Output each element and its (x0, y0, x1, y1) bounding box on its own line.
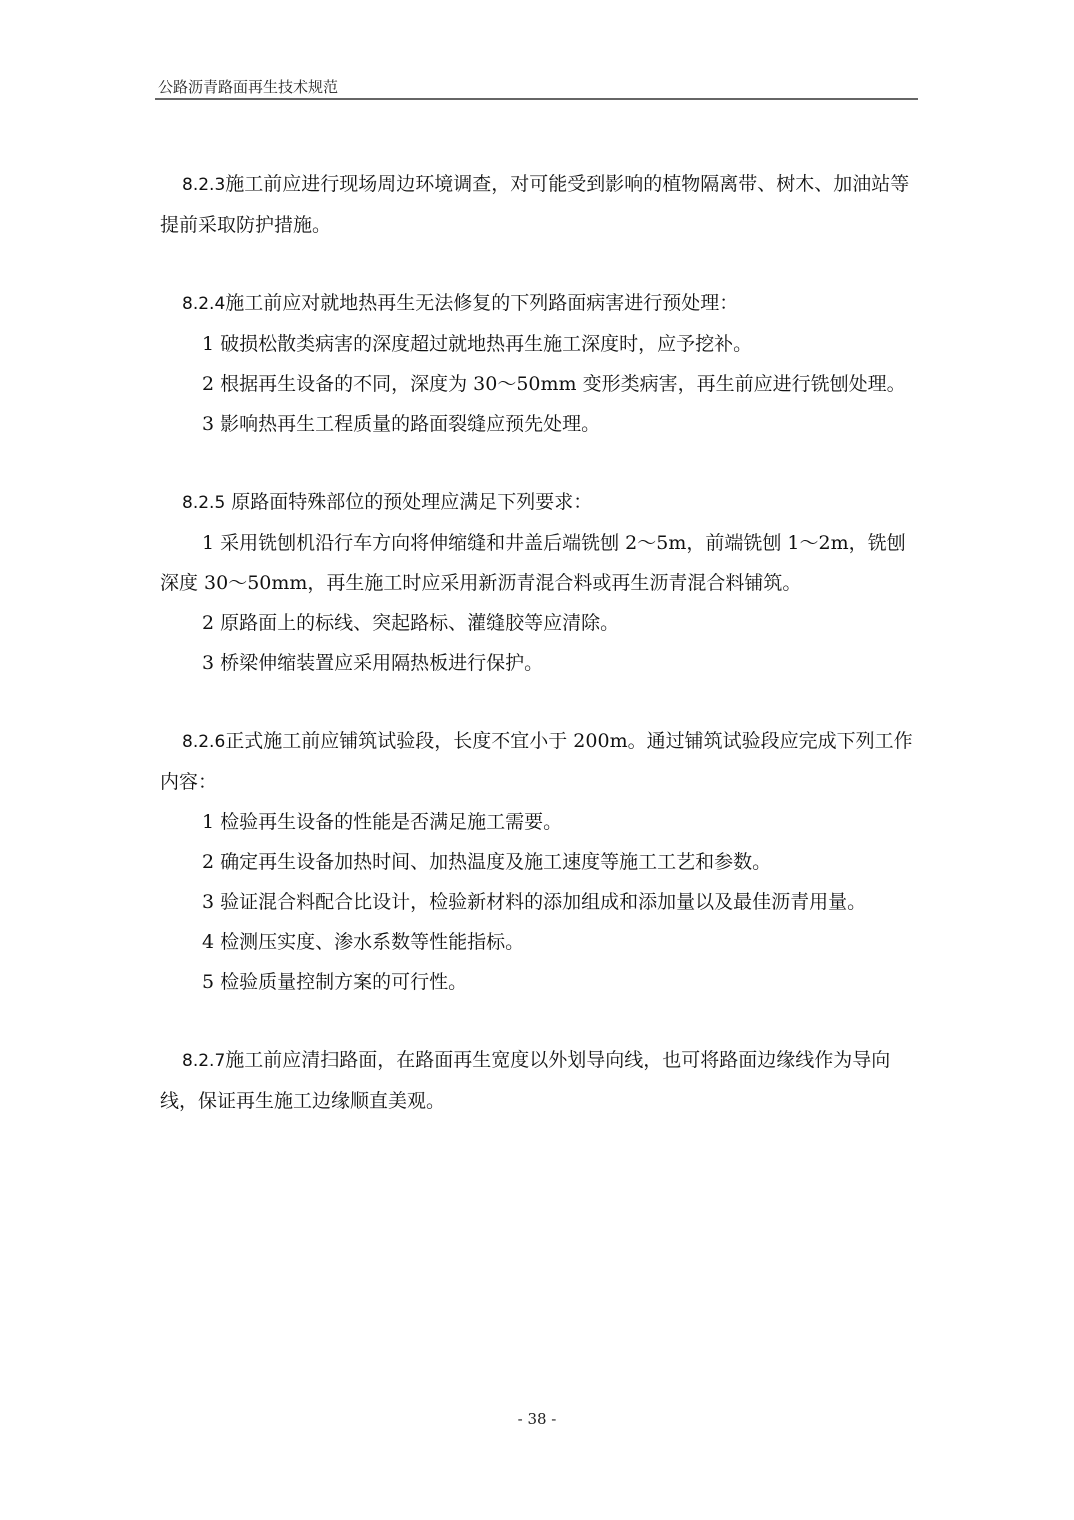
clause-body: 正式施工前应铺筑试验段，长度不宜小于 200m。通过铺筑试验段应完成下列工作内容… (160, 730, 913, 793)
clause-text: 8.2.6正式施工前应铺筑试验段，长度不宜小于 200m。通过铺筑试验段应完成下… (160, 721, 920, 802)
page-number: - 38 - (0, 1410, 1074, 1428)
list-item: 2 根据再生设备的不同，深度为 30～50mm 变形类病害，再生前应进行铣刨处理… (160, 364, 920, 404)
clause-8-2-5: 8.2.5 原路面特殊部位的预处理应满足下列要求： 1 采用铣刨机沿行车方向将伸… (160, 482, 920, 683)
clause-8-2-6: 8.2.6正式施工前应铺筑试验段，长度不宜小于 200m。通过铺筑试验段应完成下… (160, 721, 920, 1002)
clause-number: 8.2.5 (182, 493, 225, 513)
clause-number: 8.2.7 (182, 1051, 225, 1071)
running-header: 公路沥青路面再生技术规范 (158, 76, 338, 97)
clause-body: 施工前应对就地热再生无法修复的下列路面病害进行预处理： (225, 292, 738, 314)
clause-number: 8.2.6 (182, 732, 225, 752)
list-item: 3 验证混合料配合比设计，检验新材料的添加组成和添加量以及最佳沥青用量。 (160, 882, 920, 922)
clause-body: 施工前应清扫路面，在路面再生宽度以外划导向线，也可将路面边缘线作为导向线，保证再… (160, 1049, 890, 1112)
list-item: 3 桥梁伸缩装置应采用隔热板进行保护。 (160, 643, 920, 683)
clause-8-2-4: 8.2.4施工前应对就地热再生无法修复的下列路面病害进行预处理： 1 破损松散类… (160, 283, 920, 444)
clause-8-2-3: 8.2.3施工前应进行现场周边环境调查，对可能受到影响的植物隔离带、树木、加油站… (160, 164, 920, 245)
list-item: 2 原路面上的标线、突起路标、灌缝胶等应清除。 (160, 603, 920, 643)
clause-number: 8.2.3 (182, 175, 225, 195)
clause-text: 8.2.3施工前应进行现场周边环境调查，对可能受到影响的植物隔离带、树木、加油站… (160, 164, 920, 245)
list-item: 1 破损松散类病害的深度超过就地热再生施工深度时，应予挖补。 (160, 324, 920, 364)
clause-text: 8.2.4施工前应对就地热再生无法修复的下列路面病害进行预处理： (160, 283, 920, 324)
clause-text: 8.2.7施工前应清扫路面，在路面再生宽度以外划导向线，也可将路面边缘线作为导向… (160, 1040, 920, 1121)
clause-number: 8.2.4 (182, 294, 225, 314)
list-item: 1 采用铣刨机沿行车方向将伸缩缝和井盖后端铣刨 2～5m，前端铣刨 1～2m，铣… (160, 523, 920, 603)
clause-8-2-7: 8.2.7施工前应清扫路面，在路面再生宽度以外划导向线，也可将路面边缘线作为导向… (160, 1040, 920, 1121)
list-item: 2 确定再生设备加热时间、加热温度及施工速度等施工工艺和参数。 (160, 842, 920, 882)
list-item: 5 检验质量控制方案的可行性。 (160, 962, 920, 1002)
clause-body: 原路面特殊部位的预处理应满足下列要求： (225, 491, 592, 513)
list-item: 3 影响热再生工程质量的路面裂缝应预先处理。 (160, 404, 920, 444)
clause-text: 8.2.5 原路面特殊部位的预处理应满足下列要求： (160, 482, 920, 523)
list-item: 4 检测压实度、渗水系数等性能指标。 (160, 922, 920, 962)
clause-body: 施工前应进行现场周边环境调查，对可能受到影响的植物隔离带、树木、加油站等提前采取… (160, 173, 909, 236)
header-divider (155, 98, 918, 100)
list-item: 1 检验再生设备的性能是否满足施工需要。 (160, 802, 920, 842)
document-body: 8.2.3施工前应进行现场周边环境调查，对可能受到影响的植物隔离带、树木、加油站… (160, 164, 920, 1159)
